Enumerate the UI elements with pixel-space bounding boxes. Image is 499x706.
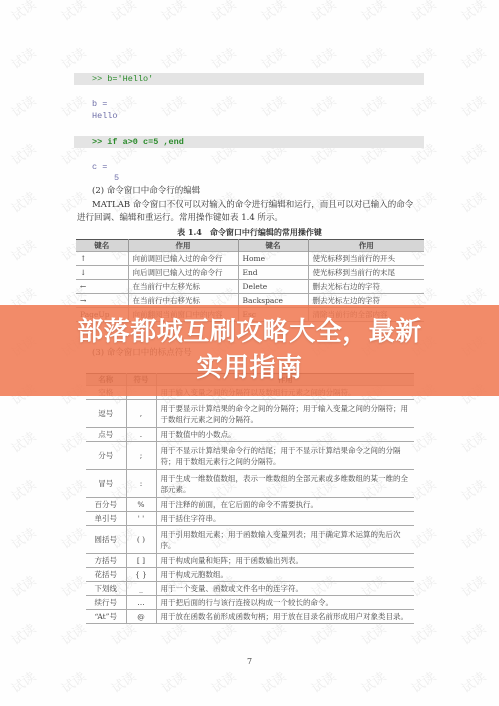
table-cell: 用于要显示计算结果的命令之间的分隔符；用于输入变量之间的分隔符；用于数组行元素之…	[156, 400, 414, 428]
table-row: 圆括号( )用于引用数组元素；用于函数输入变量列表；用于确定算术运算的先后次序。	[86, 526, 414, 554]
watermark-text: 试读	[57, 0, 89, 25]
table-cell: 在当前行中左移光标	[128, 280, 238, 294]
watermark-text: 试读	[457, 138, 489, 168]
watermark-text: 试读	[207, 666, 239, 696]
table-row: 续行号…用于把后面的行与该行连接以构成一个较长的命令。	[86, 596, 414, 610]
watermark-text: 试读	[457, 474, 489, 504]
table-cell: 下划线	[86, 582, 126, 596]
watermark-text: 试读	[457, 42, 489, 72]
banner-title-line: 部落都城互刷攻略大全，最新	[0, 314, 499, 350]
table-cell: [ ]	[126, 554, 156, 568]
table-cell: 续行号	[86, 596, 126, 610]
table-row: 单引号' '用于括住字符串。	[86, 512, 414, 526]
watermark-text: 试读	[407, 42, 439, 72]
table-cell: 使光标移到当前行的开头	[308, 252, 424, 266]
watermark-text: 试读	[7, 618, 39, 648]
punctuation-table: 名称 符号 作用 空格用于输入变量之间的分隔符以及数组行元素之间的分隔符。 逗号…	[86, 373, 414, 624]
watermark-text: 试读	[7, 666, 39, 696]
table-row: ↑ 向前调回已输入过的命令行 Home 使光标移到当前行的开头	[76, 252, 424, 266]
section-heading: (2) 命令窗口中命令行的编辑	[92, 185, 200, 198]
table-cell: 方括号	[86, 554, 126, 568]
table-row: 花括号{ }用于构成元胞数组。	[86, 568, 414, 582]
watermark-text: 试读	[57, 618, 89, 648]
watermark-text: 试读	[57, 42, 89, 72]
table-cell: 分号	[86, 442, 126, 470]
code-output-line: c =	[92, 161, 107, 173]
code-output-line: b =	[92, 98, 107, 110]
watermark-text: 试读	[357, 90, 389, 120]
table-cell: 用于构成元胞数组。	[156, 568, 414, 582]
watermark-text: 试读	[157, 42, 189, 72]
table-cell: :	[126, 470, 156, 498]
table-cell: ↓	[76, 266, 128, 280]
watermark-text: 试读	[457, 0, 489, 25]
column-header: 作用	[128, 240, 238, 252]
watermark-text: 试读	[157, 666, 189, 696]
watermark-text: 试读	[207, 0, 239, 25]
watermark-text: 试读	[57, 474, 89, 504]
watermark-text: 试读	[7, 42, 39, 72]
watermark-text: 试读	[157, 90, 189, 120]
watermark-text: 试读	[7, 426, 39, 456]
table-cell: ←	[76, 280, 128, 294]
table-cell: 删去光标右边的字符	[308, 280, 424, 294]
watermark-text: 试读	[107, 0, 139, 25]
watermark-text: 试读	[457, 234, 489, 264]
table-cell: ,	[126, 400, 156, 428]
table-row: 点号.用于数值中的小数点。	[86, 428, 414, 442]
watermark-text: 试读	[307, 0, 339, 25]
table-cell: ;	[126, 442, 156, 470]
table-row: 百分号%用于注释的前面，在它后面的命令不需要执行。	[86, 498, 414, 512]
code-output-line: Hello	[92, 110, 118, 122]
table-cell: { }	[126, 568, 156, 582]
table-cell: 逗号	[86, 400, 126, 428]
table-cell: End	[238, 266, 308, 280]
table-cell: …	[126, 596, 156, 610]
table-cell: 圆括号	[86, 526, 126, 554]
watermark-text: 试读	[357, 666, 389, 696]
watermark-text: 试读	[257, 90, 289, 120]
table-cell: Home	[238, 252, 308, 266]
watermark-text: 试读	[457, 90, 489, 120]
watermark-text: 试读	[307, 42, 339, 72]
table-cell: ' '	[126, 512, 156, 526]
table-cell: @	[126, 610, 156, 624]
watermark-text: 试读	[407, 90, 439, 120]
table-cell: 花括号	[86, 568, 126, 582]
watermark-text: 试读	[157, 0, 189, 25]
table-row: 逗号,用于要显示计算结果的命令之间的分隔符；用于输入变量之间的分隔符；用于数组行…	[86, 400, 414, 428]
watermark-text: 试读	[407, 0, 439, 25]
table-cell: 用于把后面的行与该行连接以构成一个较长的命令。	[156, 596, 414, 610]
watermark-text: 试读	[457, 426, 489, 456]
table-cell: 百分号	[86, 498, 126, 512]
table-cell: 向后调回已输入过的命令行	[128, 266, 238, 280]
watermark-text: 试读	[357, 0, 389, 25]
table-cell: ( )	[126, 526, 156, 554]
watermark-text: 试读	[457, 570, 489, 600]
watermark-text: 试读	[457, 186, 489, 216]
watermark-text: 试读	[57, 522, 89, 552]
watermark-text: 试读	[7, 474, 39, 504]
watermark-text: 试读	[7, 90, 39, 120]
column-header: 键名	[76, 240, 128, 252]
document-page: 试读试读试读试读试读试读试读试读试读试读试读试读试读试读试读试读试读试读试读试读…	[0, 0, 499, 706]
table-cell: 向前调回已输入过的命令行	[128, 252, 238, 266]
watermark-text: 试读	[457, 618, 489, 648]
table-cell: .	[126, 428, 156, 442]
watermark-text: 试读	[7, 570, 39, 600]
watermark-text: 试读	[457, 666, 489, 696]
watermark-text: 试读	[7, 138, 39, 168]
table-header-row: 键名 作用 键名 作用	[76, 240, 424, 252]
page-number: 7	[0, 657, 499, 666]
table-cell: %	[126, 498, 156, 512]
watermark-text: 试读	[107, 42, 139, 72]
watermark-text: 试读	[257, 0, 289, 25]
code-command-line: >> if a>0 c=5 ,end	[92, 136, 184, 148]
watermark-text: 试读	[7, 234, 39, 264]
watermark-text: 试读	[57, 570, 89, 600]
table-cell: 用于放在函数名前形成函数句柄；用于放在目录名前形成用户对象类目录。	[156, 610, 414, 624]
column-header: 作用	[308, 240, 424, 252]
table-cell: 用于引用数组元素；用于函数输入变量列表；用于确定算术运算的先后次序。	[156, 526, 414, 554]
watermark-text: 试读	[207, 90, 239, 120]
banner-title: 部落都城互刷攻略大全，最新 实用指南	[0, 314, 499, 386]
table-cell: Delete	[238, 280, 308, 294]
table-cell: ↑	[76, 252, 128, 266]
body-paragraph-line: 进行回调、编辑和重运行。常用操作键如表 1.4 所示。	[77, 212, 283, 225]
body-paragraph-line: MATLAB 命令窗口不仅可以对输入的命令进行编辑和运行，而且可以对已输入的命令	[92, 199, 413, 212]
table-cell: 用于构成向量和矩阵；用于函数输出列表。	[156, 554, 414, 568]
table-row: ↓ 向后调回已输入过的命令行 End 使光标移到当前行的末尾	[76, 266, 424, 280]
watermark-text: 试读	[457, 522, 489, 552]
watermark-text: 试读	[7, 186, 39, 216]
watermark-text: 试读	[307, 666, 339, 696]
table-cell: 用于生成一维数值数组，表示一维数组的全部元素或多维数组的某一维的全部元素。	[156, 470, 414, 498]
table-cell: _	[126, 582, 156, 596]
table-cell: 点号	[86, 428, 126, 442]
banner-title-line: 实用指南	[0, 350, 499, 386]
watermark-text: 试读	[107, 666, 139, 696]
table-cell: 用于一个变量、函数或文件名中的连字符。	[156, 582, 414, 596]
watermark-text: 试读	[7, 0, 39, 25]
column-header: 键名	[238, 240, 308, 252]
watermark-text: 试读	[257, 42, 289, 72]
table-cell: 用于数值中的小数点。	[156, 428, 414, 442]
table-row: 冒号:用于生成一维数值数组，表示一维数组的全部元素或多维数组的某一维的全部元素。	[86, 470, 414, 498]
table-row: 分号;用于不显示计算结果命令行的结尾；用于不显示计算结果命令之间的分隔符；用于数…	[86, 442, 414, 470]
table-row: “At”号@用于放在函数名前形成函数句柄；用于放在目录名前形成用户对象类目录。	[86, 610, 414, 624]
table-caption: 表 1.4 命令窗口中行编辑的常用操作键	[0, 227, 499, 238]
table-cell: “At”号	[86, 610, 126, 624]
watermark-text: 试读	[407, 666, 439, 696]
table-row: 方括号[ ]用于构成向量和矩阵；用于函数输出列表。	[86, 554, 414, 568]
watermark-text: 试读	[357, 42, 389, 72]
table-row: 下划线_用于一个变量、函数或文件名中的连字符。	[86, 582, 414, 596]
table-row: ← 在当前行中左移光标 Delete 删去光标右边的字符	[76, 280, 424, 294]
watermark-text: 试读	[307, 90, 339, 120]
watermark-text: 试读	[57, 90, 89, 120]
code-command-line: >> b='Hello'	[92, 73, 153, 85]
table-cell: 用于括住字符串。	[156, 512, 414, 526]
table-cell: 用于注释的前面，在它后面的命令不需要执行。	[156, 498, 414, 512]
watermark-text: 试读	[257, 666, 289, 696]
table-cell: 使光标移到当前行的末尾	[308, 266, 424, 280]
watermark-text: 试读	[7, 522, 39, 552]
watermark-text: 试读	[207, 42, 239, 72]
table-cell: 冒号	[86, 470, 126, 498]
code-output-line: 5	[114, 172, 119, 184]
watermark-text: 试读	[57, 666, 89, 696]
table-cell: 单引号	[86, 512, 126, 526]
watermark-text: 试读	[57, 426, 89, 456]
table-cell: 用于不显示计算结果命令行的结尾；用于不显示计算结果命令之间的分隔符；用于数组元素…	[156, 442, 414, 470]
